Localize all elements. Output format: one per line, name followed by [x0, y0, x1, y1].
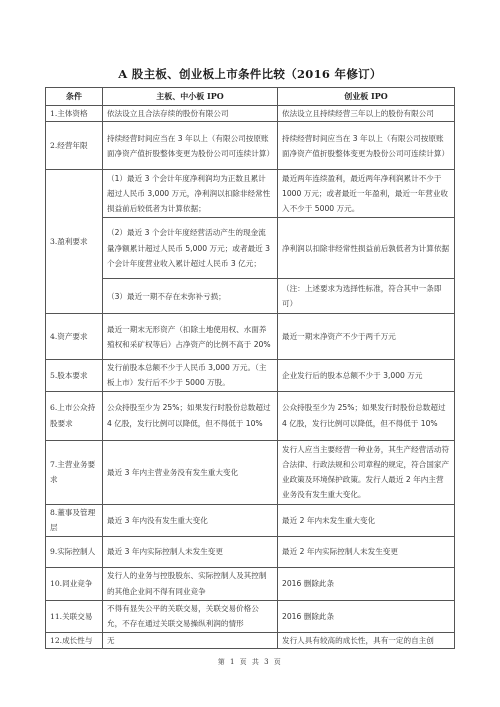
main-board-cell: 最近一期末无形资产（扣除土地使用权、水面养殖权和采矿权等后）占净资产的比例不高于…: [103, 314, 278, 360]
table-row: 2.经营年限 持续经营时间应当在 3 年以上（有限公司按原账面净资产值折股整体变…: [46, 122, 455, 170]
table-row: 7.主营业务要求 最近 3 年内主营业务没有发生重大变化 发行人应当主要经营一种…: [46, 440, 455, 504]
condition-cell: 2.经营年限: [46, 122, 103, 170]
table-row: 1.主体资格 依法设立且合法存续的股份有限公司 依法设立且持续经营三年以上的股份…: [46, 106, 455, 122]
header-chinext: 创业板 IPO: [278, 88, 455, 106]
table-row: 12.成长性与 无 发行人具有较高的成长性，具有一定的自主创: [46, 632, 455, 648]
chinext-cell: 持续经营时间应当在 3 年以上（有限公司按原账面净资产值折股整体变更为股份公司可…: [278, 122, 455, 170]
chinext-cell: 最近 2 年内实际控制人未发生变更: [278, 536, 455, 567]
table-row: 6.上市公众持股要求 公众持股至少为 25%；如果发行时股份总数超过 4 亿股，…: [46, 391, 455, 440]
header-main-board: 主板、中小板 IPO: [103, 88, 278, 106]
header-condition: 条件: [46, 88, 103, 106]
chinext-cell: 依法设立且持续经营三年以上的股份有限公司: [278, 106, 455, 122]
main-board-cell: 不得有显失公平的关联交易，关联交易价格公允，不存在通过关联交易操纵利润的情形: [103, 600, 278, 632]
condition-cell: 8.董事及管理层: [46, 504, 103, 536]
condition-cell: 6.上市公众持股要求: [46, 391, 103, 440]
table-row: 5.股本要求 发行前股本总额不少于人民币 3,000 万元。（主板上市）发行后不…: [46, 360, 455, 391]
comparison-table: 条件 主板、中小板 IPO 创业板 IPO 1.主体资格 依法设立且合法存续的股…: [45, 87, 455, 649]
condition-cell: 10.同业竞争: [46, 567, 103, 600]
chinext-cell: 最近 2 年内未发生重大变化: [278, 504, 455, 536]
condition-cell: 3.盈利要求: [46, 170, 103, 314]
condition-cell: 1.主体资格: [46, 106, 103, 122]
table-row: （2）最近 3 个会计年度经营活动产生的现金流量净额累计超过人民币 5,000 …: [46, 218, 455, 279]
table-header-row: 条件 主板、中小板 IPO 创业板 IPO: [46, 88, 455, 106]
main-board-cell: （2）最近 3 个会计年度经营活动产生的现金流量净额累计超过人民币 5,000 …: [103, 218, 278, 279]
chinext-cell: 2016 删除此条: [278, 600, 455, 632]
main-board-cell: 依法设立且合法存续的股份有限公司: [103, 106, 278, 122]
table-row: 11.关联交易 不得有显失公平的关联交易，关联交易价格公允，不存在通过关联交易操…: [46, 600, 455, 632]
main-board-cell: 无: [103, 632, 278, 648]
condition-cell: 4.资产要求: [46, 314, 103, 360]
table-row: 9.实际控制人 最近 3 年内实际控制人未发生变更 最近 2 年内实际控制人未发…: [46, 536, 455, 567]
main-board-cell: 发行人的业务与控股股东、实际控制人及其控制的其他企业间不得有同业竞争: [103, 567, 278, 600]
condition-cell: 7.主营业务要求: [46, 440, 103, 504]
table-row: 3.盈利要求 （1）最近 3 个会计年度净利润均为正数且累计超过人民币 3,00…: [46, 170, 455, 218]
page-footer: 第 1 页 共 3 页: [0, 657, 500, 667]
chinext-cell: 最近一期末净资产不少于两千万元: [278, 314, 455, 360]
chinext-cell: 净利润以扣除非经常性损益前后孰低者为计算依据: [278, 218, 455, 279]
condition-cell: 12.成长性与: [46, 632, 103, 648]
chinext-cell: 企业发行后的股本总额不少于 3,000 万元: [278, 360, 455, 391]
chinext-cell: 公众持股至少为 25%；如果发行时股份总数超过 4 亿股，发行比例可以降低，但不…: [278, 391, 455, 440]
main-board-cell: 最近 3 年内实际控制人未发生变更: [103, 536, 278, 567]
table-row: 8.董事及管理层 最近 3 年内没有发生重大变化 最近 2 年内未发生重大变化: [46, 504, 455, 536]
main-board-cell: 最近 3 年内没有发生重大变化: [103, 504, 278, 536]
table-row: 10.同业竞争 发行人的业务与控股股东、实际控制人及其控制的其他企业间不得有同业…: [46, 567, 455, 600]
table-row: （3）最近一期不存在未弥补亏损； （注：上述要求为选择性标准，符合其中一条即可）: [46, 279, 455, 314]
document-title: A 股主板、创业板上市条件比较（2016 年修订）: [0, 66, 500, 82]
condition-cell: 5.股本要求: [46, 360, 103, 391]
chinext-cell: （注：上述要求为选择性标准，符合其中一条即可）: [278, 279, 455, 314]
main-board-cell: 公众持股至少为 25%；如果发行时股份总数超过 4 亿股，发行比例可以降低，但不…: [103, 391, 278, 440]
main-board-cell: 最近 3 年内主营业务没有发生重大变化: [103, 440, 278, 504]
table-row: 4.资产要求 最近一期末无形资产（扣除土地使用权、水面养殖权和采矿权等后）占净资…: [46, 314, 455, 360]
main-board-cell: 发行前股本总额不少于人民币 3,000 万元。（主板上市）发行后不少于 5000…: [103, 360, 278, 391]
main-board-cell: （1）最近 3 个会计年度净利润均为正数且累计超过人民币 3,000 万元，净利…: [103, 170, 278, 218]
condition-cell: 9.实际控制人: [46, 536, 103, 567]
condition-cell: 11.关联交易: [46, 600, 103, 632]
chinext-cell: 发行人具有较高的成长性，具有一定的自主创: [278, 632, 455, 648]
chinext-cell: 发行人应当主要经营一种业务，其生产经营活动符合法律、行政法规和公司章程的规定，符…: [278, 440, 455, 504]
chinext-cell: 最近两年连续盈利，最近两年净利润累计不少于 1000 万元；或者最近一年盈利，最…: [278, 170, 455, 218]
chinext-cell: 2016 删除此条: [278, 567, 455, 600]
main-board-cell: （3）最近一期不存在未弥补亏损；: [103, 279, 278, 314]
main-board-cell: 持续经营时间应当在 3 年以上（有限公司按原账面净资产值折股整体变更为股份公司可…: [103, 122, 278, 170]
